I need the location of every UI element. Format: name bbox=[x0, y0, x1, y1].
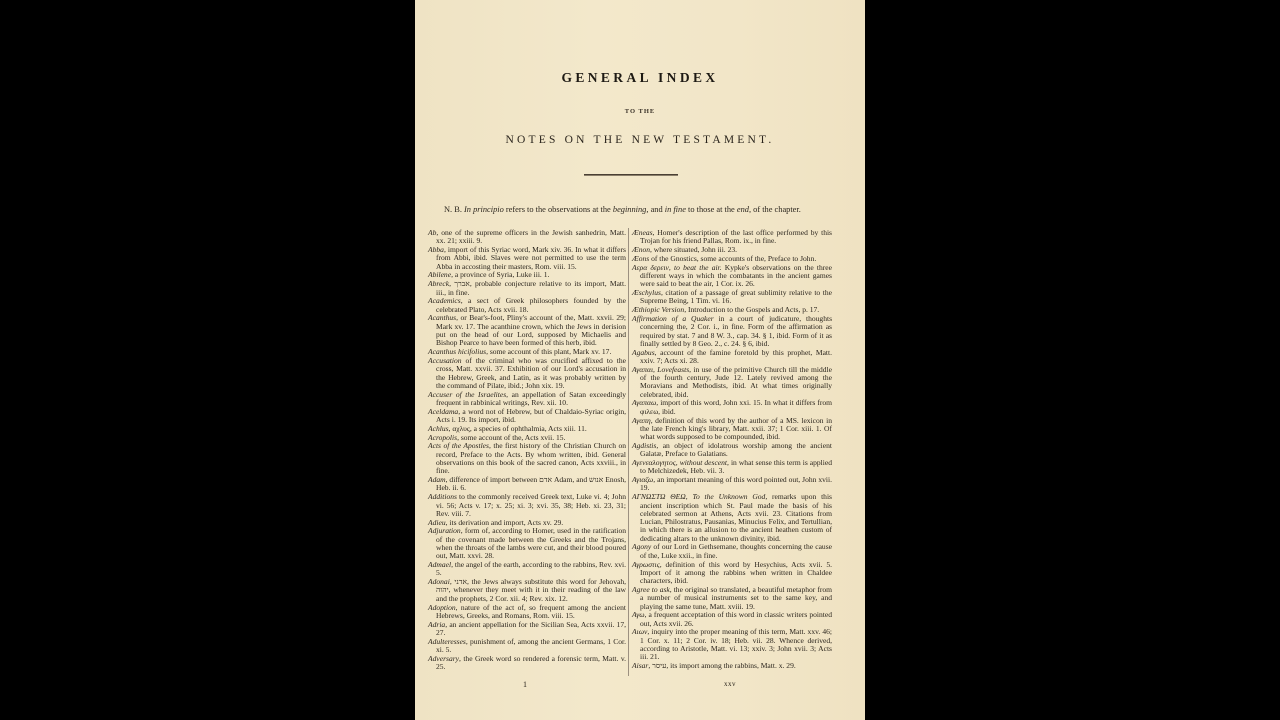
index-entry: Αγω, a frequent acceptation of this word… bbox=[632, 611, 832, 628]
index-entry-text: , a frequent acceptation of this word in… bbox=[640, 610, 832, 627]
index-entry-text: , the Greek word so rendered a forensic … bbox=[436, 654, 626, 671]
index-entry: Adonai, אדני, the Jews always substitute… bbox=[428, 578, 626, 603]
index-entry: Aisar, עיסר, its import among the rabbin… bbox=[632, 662, 832, 670]
index-entry-head: Achlus bbox=[428, 424, 449, 433]
index-entry-text: , Introduction to the Gospels and Acts, … bbox=[684, 305, 819, 314]
index-entry: Affirmation of a Quaker in a court of ju… bbox=[632, 315, 832, 348]
note-text: refers to the observations at the bbox=[504, 205, 613, 214]
index-entry-text: of our Lord in Gethsemane, thoughts conc… bbox=[640, 542, 832, 559]
index-entry-text: , αχλυς, a species of ophthalmia, Acts x… bbox=[449, 424, 587, 433]
index-entry: Agony of our Lord in Gethsemane, thought… bbox=[632, 543, 832, 560]
index-entry-head: Acanthus hicifolius bbox=[428, 347, 486, 356]
index-entry: ΑΓΝΩΣΤΩ ΘΕΩ, To the Unknown God, remarks… bbox=[632, 493, 832, 543]
index-entry: Acts of the Apostles, the first history … bbox=[428, 442, 626, 475]
index-entry-text: , its derivation and import, Acts xv. 29… bbox=[446, 518, 564, 527]
index-entry: Αερα δερειν, to beat the air. Kypke's ob… bbox=[632, 264, 832, 289]
index-entry: Additions to the commonly received Greek… bbox=[428, 493, 626, 518]
note-text: , of the chapter. bbox=[749, 205, 801, 214]
index-entry-text: , some account of this plant, Mark xv. 1… bbox=[486, 347, 611, 356]
index-entry-text: , an object of idolatrous worship among … bbox=[640, 441, 832, 458]
page-number-left: 1 bbox=[523, 680, 527, 689]
title-rule-divider bbox=[584, 174, 678, 176]
index-entry-text: , the angel of the earth, according to t… bbox=[436, 560, 626, 577]
index-entry: Æschylus, citation of a passage of great… bbox=[632, 289, 832, 306]
index-entry-head: Ænon bbox=[632, 245, 650, 254]
index-entry: Abba, import of this Syriac word, Mark x… bbox=[428, 246, 626, 271]
index-entry: Accuser of the Israelites, an appellatio… bbox=[428, 391, 626, 408]
index-entry-head: Aisar bbox=[632, 661, 648, 670]
index-entry-text: to the commonly received Greek text, Luk… bbox=[436, 492, 626, 518]
book-page: GENERAL INDEX TO THE NOTES ON THE NEW TE… bbox=[415, 0, 865, 720]
index-entry-text: , account of the famine foretold by this… bbox=[640, 348, 832, 365]
index-entry-text: , import of this word, John xxi. 15. In … bbox=[640, 398, 832, 415]
index-entry-text: , a province of Syria, Luke iii. 1. bbox=[451, 270, 549, 279]
index-entry-text: , where situated, John iii. 23. bbox=[650, 245, 737, 254]
index-entry-text: , Homer's description of the last office… bbox=[640, 228, 832, 245]
index-entry: Αγιαζω, an important meaning of this wor… bbox=[632, 476, 832, 493]
title-connector: TO THE bbox=[415, 108, 865, 115]
page-subtitle: NOTES ON THE NEW TESTAMENT. bbox=[415, 134, 865, 146]
index-entry: Admael, the angel of the earth, accordin… bbox=[428, 561, 626, 578]
index-entry-head: Acropolis bbox=[428, 433, 457, 442]
index-entry-text: , inquiry into the proper meaning of thi… bbox=[640, 627, 832, 661]
index-entry-text: , definition of this word by the author … bbox=[640, 416, 832, 442]
index-entry: Agdistis, an object of idolatrous worshi… bbox=[632, 442, 832, 459]
page-title: GENERAL INDEX bbox=[415, 70, 865, 86]
index-entry-text: , import of this Syriac word, Mark xiv. … bbox=[436, 245, 626, 271]
note-term-in-principio: In principio bbox=[464, 205, 504, 214]
index-entry-text: , an ancient appellation for the Sicilia… bbox=[436, 620, 626, 637]
index-entry: Αιων, inquiry into the proper meaning of… bbox=[632, 628, 832, 661]
note-word-end: end bbox=[737, 205, 749, 214]
index-entry: Aceldama, a word not of Hebrew, but of C… bbox=[428, 408, 626, 425]
index-entry-text: , or Bear's-foot, Pliny's account of the… bbox=[436, 313, 626, 347]
nota-bene-note: N. B. In principio refers to the observa… bbox=[444, 205, 854, 214]
index-column-right: Æneas, Homer's description of the last o… bbox=[632, 229, 832, 671]
index-entry-text: , a word not of Hebrew, but of Chaldaio-… bbox=[436, 407, 626, 424]
index-entry-text: , remarks upon this ancient inscription … bbox=[640, 492, 832, 542]
index-entry: Αγαπαω, import of this word, John xxi. 1… bbox=[632, 399, 832, 416]
note-text: to those at the bbox=[686, 205, 737, 214]
index-entry: Adria, an ancient appellation for the Si… bbox=[428, 621, 626, 638]
index-entry-text: , an important meaning of this word poin… bbox=[640, 475, 832, 492]
index-entry: Αγαπη, definition of this word by the au… bbox=[632, 417, 832, 442]
index-entry-text: , אדני, the Jews always substitute this … bbox=[436, 577, 626, 603]
index-entry: Agabus, account of the famine foretold b… bbox=[632, 349, 832, 366]
index-entry: Academics, a sect of Greek philosophers … bbox=[428, 297, 626, 314]
index-entry: Æneas, Homer's description of the last o… bbox=[632, 229, 832, 246]
index-entry: Adversary, the Greek word so rendered a … bbox=[428, 655, 626, 672]
index-entry-text: of the criminal who was crucified affixe… bbox=[436, 356, 626, 390]
note-prefix: N. B. bbox=[444, 205, 462, 214]
note-word-beginning: beginning bbox=[613, 205, 647, 214]
index-entry-text: of the Gnostics, some accounts of the, P… bbox=[649, 254, 816, 263]
note-term-in-fine: in fine bbox=[665, 205, 686, 214]
index-entry-text: , one of the supreme officers in the Jew… bbox=[436, 228, 626, 245]
index-entry-head: Adieu bbox=[428, 518, 446, 527]
note-text: , and bbox=[646, 205, 664, 214]
index-entry-text: , אברך, probable conjecture relative to … bbox=[436, 279, 626, 296]
index-entry-text: , nature of the act of, so frequent amon… bbox=[436, 603, 626, 620]
index-entry-text: , difference of import between אדם Adam,… bbox=[436, 475, 626, 492]
index-column-left: Ab, one of the supreme officers in the J… bbox=[428, 229, 626, 672]
index-entry: Abreck, אברך, probable conjecture relati… bbox=[428, 280, 626, 297]
index-entry: Adam, difference of import between אדם A… bbox=[428, 476, 626, 493]
index-entry-head: Abilene bbox=[428, 270, 451, 279]
index-entry-text: , citation of a passage of great sublimi… bbox=[640, 288, 832, 305]
index-entry-head: Æons bbox=[632, 254, 649, 263]
index-entry: Agree to ask, the original so translated… bbox=[632, 586, 832, 611]
index-entry: Adulteresses, punishment of, among the a… bbox=[428, 638, 626, 655]
index-entry-text: , some account of the, Acts xvii. 15. bbox=[457, 433, 565, 442]
index-entry: Adoption, nature of the act of, so frequ… bbox=[428, 604, 626, 621]
column-divider bbox=[628, 228, 629, 676]
index-entry-text: , definition of this word by Hesychius, … bbox=[640, 560, 832, 586]
index-entry: Acanthus, or Bear's-foot, Pliny's accoun… bbox=[428, 314, 626, 347]
index-entry: Adjuration, form of, according to Homer,… bbox=[428, 527, 626, 560]
index-entry-text: , form of, according to Homer, used in t… bbox=[436, 526, 626, 560]
index-entry-head: Æthiopic Version bbox=[632, 305, 684, 314]
index-entry: Αγενεαλογητος, without descent, in what … bbox=[632, 459, 832, 476]
index-entry-text: , a sect of Greek philosophers founded b… bbox=[436, 296, 626, 313]
page-number-right: xxv bbox=[724, 680, 736, 688]
index-entry-text: , עיסר, its import among the rabbins, Ma… bbox=[648, 661, 795, 670]
index-entry: Αγρωστις, definition of this word by Hes… bbox=[632, 561, 832, 586]
index-entry: Ab, one of the supreme officers in the J… bbox=[428, 229, 626, 246]
index-entry-text: , the original so translated, a beautifu… bbox=[640, 585, 832, 611]
index-entry: Αγαπαι, Lovefeasts, in use of the primit… bbox=[632, 366, 832, 399]
index-entry: Accusation of the criminal who was cruci… bbox=[428, 357, 626, 390]
